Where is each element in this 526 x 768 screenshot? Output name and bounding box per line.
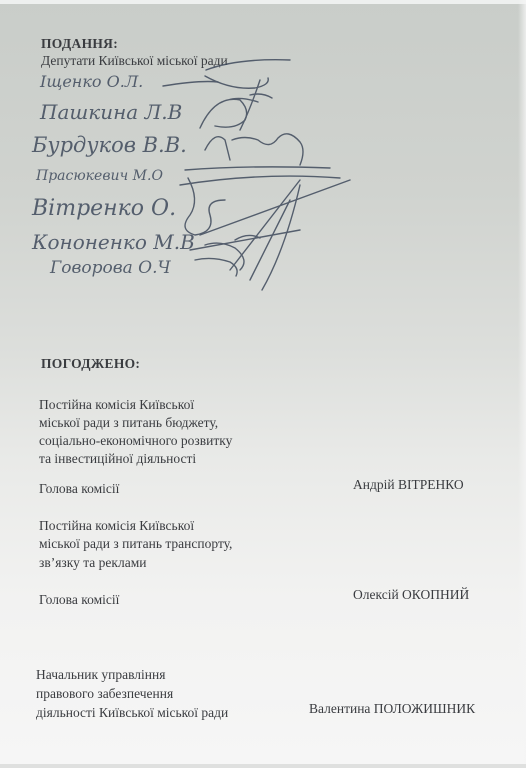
paper-bottom-edge [0, 764, 526, 768]
org-line: Начальник управління [36, 666, 165, 684]
org-line: міської ради з питань транспорту, [39, 535, 232, 553]
org-line: правового забезпечення [36, 685, 173, 703]
approved-heading: ПОГОДЖЕНО: [41, 355, 140, 373]
org-line: соціально-економічного розвитку [39, 432, 232, 450]
org-line: діяльності Київської міської ради [36, 704, 228, 722]
signatory-name: Андрій ВІТРЕНКО [353, 476, 464, 494]
role-label: Голова комісії [39, 591, 119, 609]
org-line: міської ради з питань бюджету, [39, 414, 218, 432]
signatures-scribble [0, 0, 526, 300]
signatory-name: Олексій ОКОПНИЙ [353, 586, 469, 604]
org-line: зв’язку та реклами [39, 554, 146, 572]
org-line: Постійна комісія Київської [39, 517, 194, 535]
signatory-name: Валентина ПОЛОЖИШНИК [309, 700, 475, 718]
org-line: Постійна комісія Київської [39, 396, 194, 414]
role-label: Голова комісії [39, 480, 119, 498]
org-line: та інвестиційної діяльності [39, 450, 196, 468]
